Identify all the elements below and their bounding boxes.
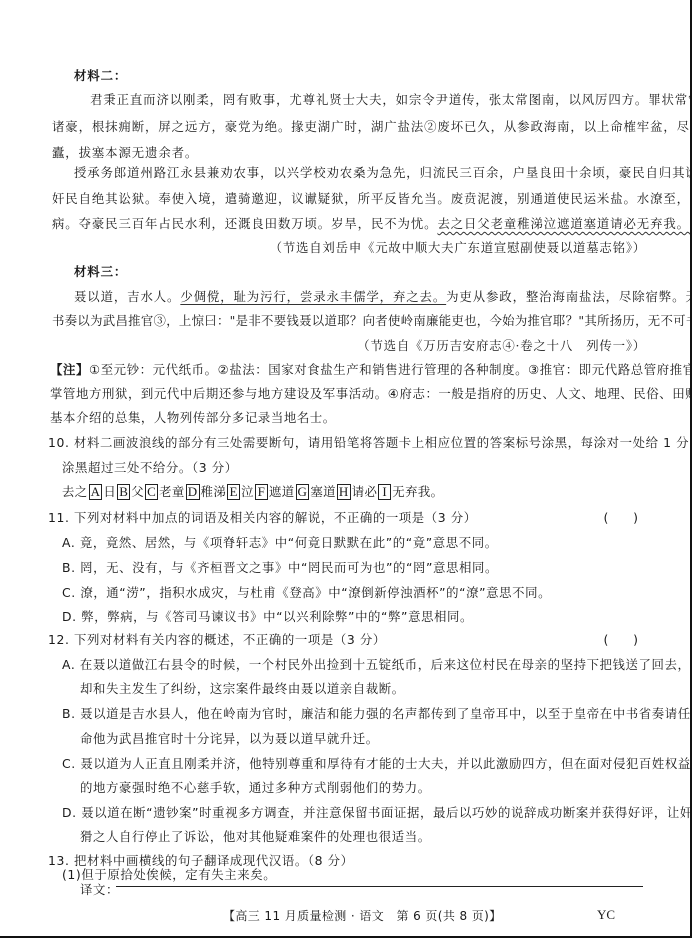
q12-option-a-line-2: 却和失主发生了纠纷，这宗案件最终由聂以道亲自裁断。 [80, 679, 405, 697]
q10-segment: 去之 [62, 484, 88, 499]
q11-option-b: B. 罔，无、没有，与《齐桓晋文之事》中“罔民而可为也”的“罔”意思相同。 [62, 558, 498, 576]
notes-line-3: 基本介绍的总集，人物列传部分多记录当地名士。 [50, 408, 336, 426]
q12-option-c-line-1: C. 聂以道为人正直且刚柔并济，他特别尊重和厚待有才能的士大夫，并以此激励四方，… [62, 754, 691, 772]
material2-line-2: 诸豪，根抹痈断，屏之远方，豪党为绝。掾吏湖广时，湖广盐法②废坏已久，从参政海南，… [52, 117, 692, 135]
q10-box-a[interactable]: A [89, 484, 103, 500]
material2-line-6: 病。夺豪民三百年占民水利，还溉良田数万顷。岁旱，民不为忧。去之日父老童稚涕泣遮道… [52, 214, 690, 232]
q11-option-c: C. 潦，通“涝”，指积水成灾，与杜甫《登高》中“潦倒新停浊酒杯”的“潦”意思不… [62, 583, 551, 601]
q13-answer-label: 译文： [80, 880, 119, 898]
q10-segment: 父 [131, 484, 144, 499]
material3-line-1: 聂以道，吉水人。少倜傥，耻为污行，尝录永丰儒学，弃之去。为吏从参政，整治海南盐法… [74, 287, 692, 305]
notes-line-1: 【注】①至元钞：元代纸币。②盐法：国家对食盐生产和销售进行管理的各种制度。③推官… [50, 360, 692, 378]
q10-box-i[interactable]: I [378, 484, 391, 500]
q12-option-c-line-2: 的地方豪强时绝不心慈手软，通过多种方式削弱他们的势力。 [80, 778, 431, 796]
q12-option-b-line-2: 命他为武昌推官时十分诧异，以为聂以道早就升迁。 [80, 729, 379, 747]
q10-box-d[interactable]: D [186, 484, 200, 500]
footer-code: YC [597, 907, 615, 923]
material3-line-1-post: 为吏从参政，整治海南盐法，尽除宿弊。天历中，中 [446, 289, 692, 304]
q10-box-g[interactable]: G [296, 484, 310, 500]
material3-heading: 材料三： [74, 262, 127, 280]
q11-option-a: A. 竟，竟然、居然，与《项脊轩志》中“何竟日默默在此”的“竟”意思不同。 [62, 533, 498, 551]
material3-line-2: 书奏以为武昌推官③，上惊曰："是非不要钱聂以道耶？向者使岭南廉能吏也，今始为推官… [52, 311, 692, 329]
notes-line-1-text: ①至元钞：元代纸币。②盐法：国家对食盐生产和销售进行管理的各种制度。③推官：即元… [89, 362, 692, 377]
wavy-underlined-passage: 去之日父老童稚涕泣遮道塞道请必无弃我。 [437, 216, 690, 231]
q12-option-a-line-1: A. 在聂以道做江右县令的时候，一个村民外出捡到十五锭纸币，后来这位村民在母亲的… [62, 655, 691, 673]
q11-option-d: D. 弊，弊病，与《答司马谏议书》中“以兴利除弊”中的“弊”意思相同。 [62, 607, 473, 625]
q12-option-d-line-2: 猾之人自行停止了诉讼，他对其他疑难案件的处理也很适当。 [80, 827, 431, 845]
notes-line-2: 掌管地方刑狱，到元代中后期还参与地方建设及军事活动。④府志：一般是指府的历史、人… [50, 384, 692, 402]
material2-line-3: 蠹，拔塞本源无遗余者。 [52, 143, 198, 161]
q10-segment: 泣 [241, 484, 254, 499]
q11-stem: 11. 下列对材料中加点的词语及相关内容的解说，不正确的一项是（3 分） [48, 508, 477, 526]
q11-answer-paren[interactable]: ( ) [604, 508, 638, 526]
q12-option-d-line-1: D. 聂以道在断“遗钞案”时重视多方调查，并注意保留书面证据，最后以巧妙的说辞成… [62, 803, 692, 821]
q10-box-f[interactable]: F [255, 484, 268, 500]
q10-box-c[interactable]: C [145, 484, 158, 500]
material2-line-5: 奸民自绝其讼狱。奉使入境，遣骑邀迎，议谳疑狱，所平反皆允当。废贲泥渡，别通道使民… [52, 189, 692, 207]
q10-segment: 请必 [352, 484, 378, 499]
q13-answer-line[interactable] [116, 886, 643, 887]
q10-segment: 遮道 [269, 484, 295, 499]
q10-break-sentence: 去之A日B父C老童D稚涕E泣F遮道G塞道H请必I无弃我。 [62, 482, 443, 500]
q10-segment: 日 [103, 484, 116, 499]
material2-line-4: 授承务郎道州路江永县兼劝农事，以兴学校劝农桑为急先，归流民三百余，户垦良田十余顷… [74, 163, 692, 181]
q10-box-h[interactable]: H [337, 484, 351, 500]
q12-stem: 12. 下列对材料有关内容的概述，不正确的一项是（3 分） [48, 630, 386, 648]
material3-source: （节选自《万历吉安府志④·卷之十八 列传一》） [357, 336, 646, 354]
q10-box-e[interactable]: E [227, 484, 240, 500]
q10-segment: 塞道 [310, 484, 336, 499]
material2-line-1: 君秉正直而济以刚柔，罔有败事，尤尊礼贤士大夫，如宗令尹道传，张太常图南，以风厉四… [90, 90, 692, 108]
material2-source: （节选自刘岳申《元故中顺大夫广东道宣慰副使聂以道墓志铭》） [270, 238, 646, 256]
q10-box-b[interactable]: B [117, 484, 130, 500]
q10-stem-line-1: 10. 材料二画波浪线的部分有三处需要断句，请用铅笔将答题卡上相应位置的答案标号… [48, 433, 692, 451]
q10-segment: 老童 [159, 484, 185, 499]
page-footer: 【高三 11 月质量检测 · 语文 第 6 页(共 8 页)】 [223, 907, 502, 924]
q10-segment: 无弃我。 [392, 484, 443, 499]
q12-option-b-line-1: B. 聂以道是吉水县人，他在岭南为官时，廉洁和能力强的名声都传到了皇帝耳中，以至… [62, 704, 691, 722]
q10-stem-line-2: 涂黑超过三处不给分。（3 分） [62, 458, 238, 476]
material2-heading: 材料二： [74, 66, 127, 84]
underlined-sentence: 少倜傥，耻为污行，尝录永丰儒学，弃之去。 [180, 289, 446, 304]
exam-page: 材料二： 君秉正直而济以刚柔，罔有败事，尤尊礼贤士大夫，如宗令尹道传，张太常图南… [0, 0, 690, 936]
notes-label: 【注】 [50, 362, 89, 377]
material2-line-6-text: 病。夺豪民三百年占民水利，还溉良田数万顷。岁旱，民不为忧。 [52, 216, 437, 231]
q12-answer-paren[interactable]: ( ) [604, 630, 638, 648]
q10-segment: 稚涕 [201, 484, 227, 499]
material3-line-1-pre: 聂以道，吉水人。 [74, 289, 180, 304]
